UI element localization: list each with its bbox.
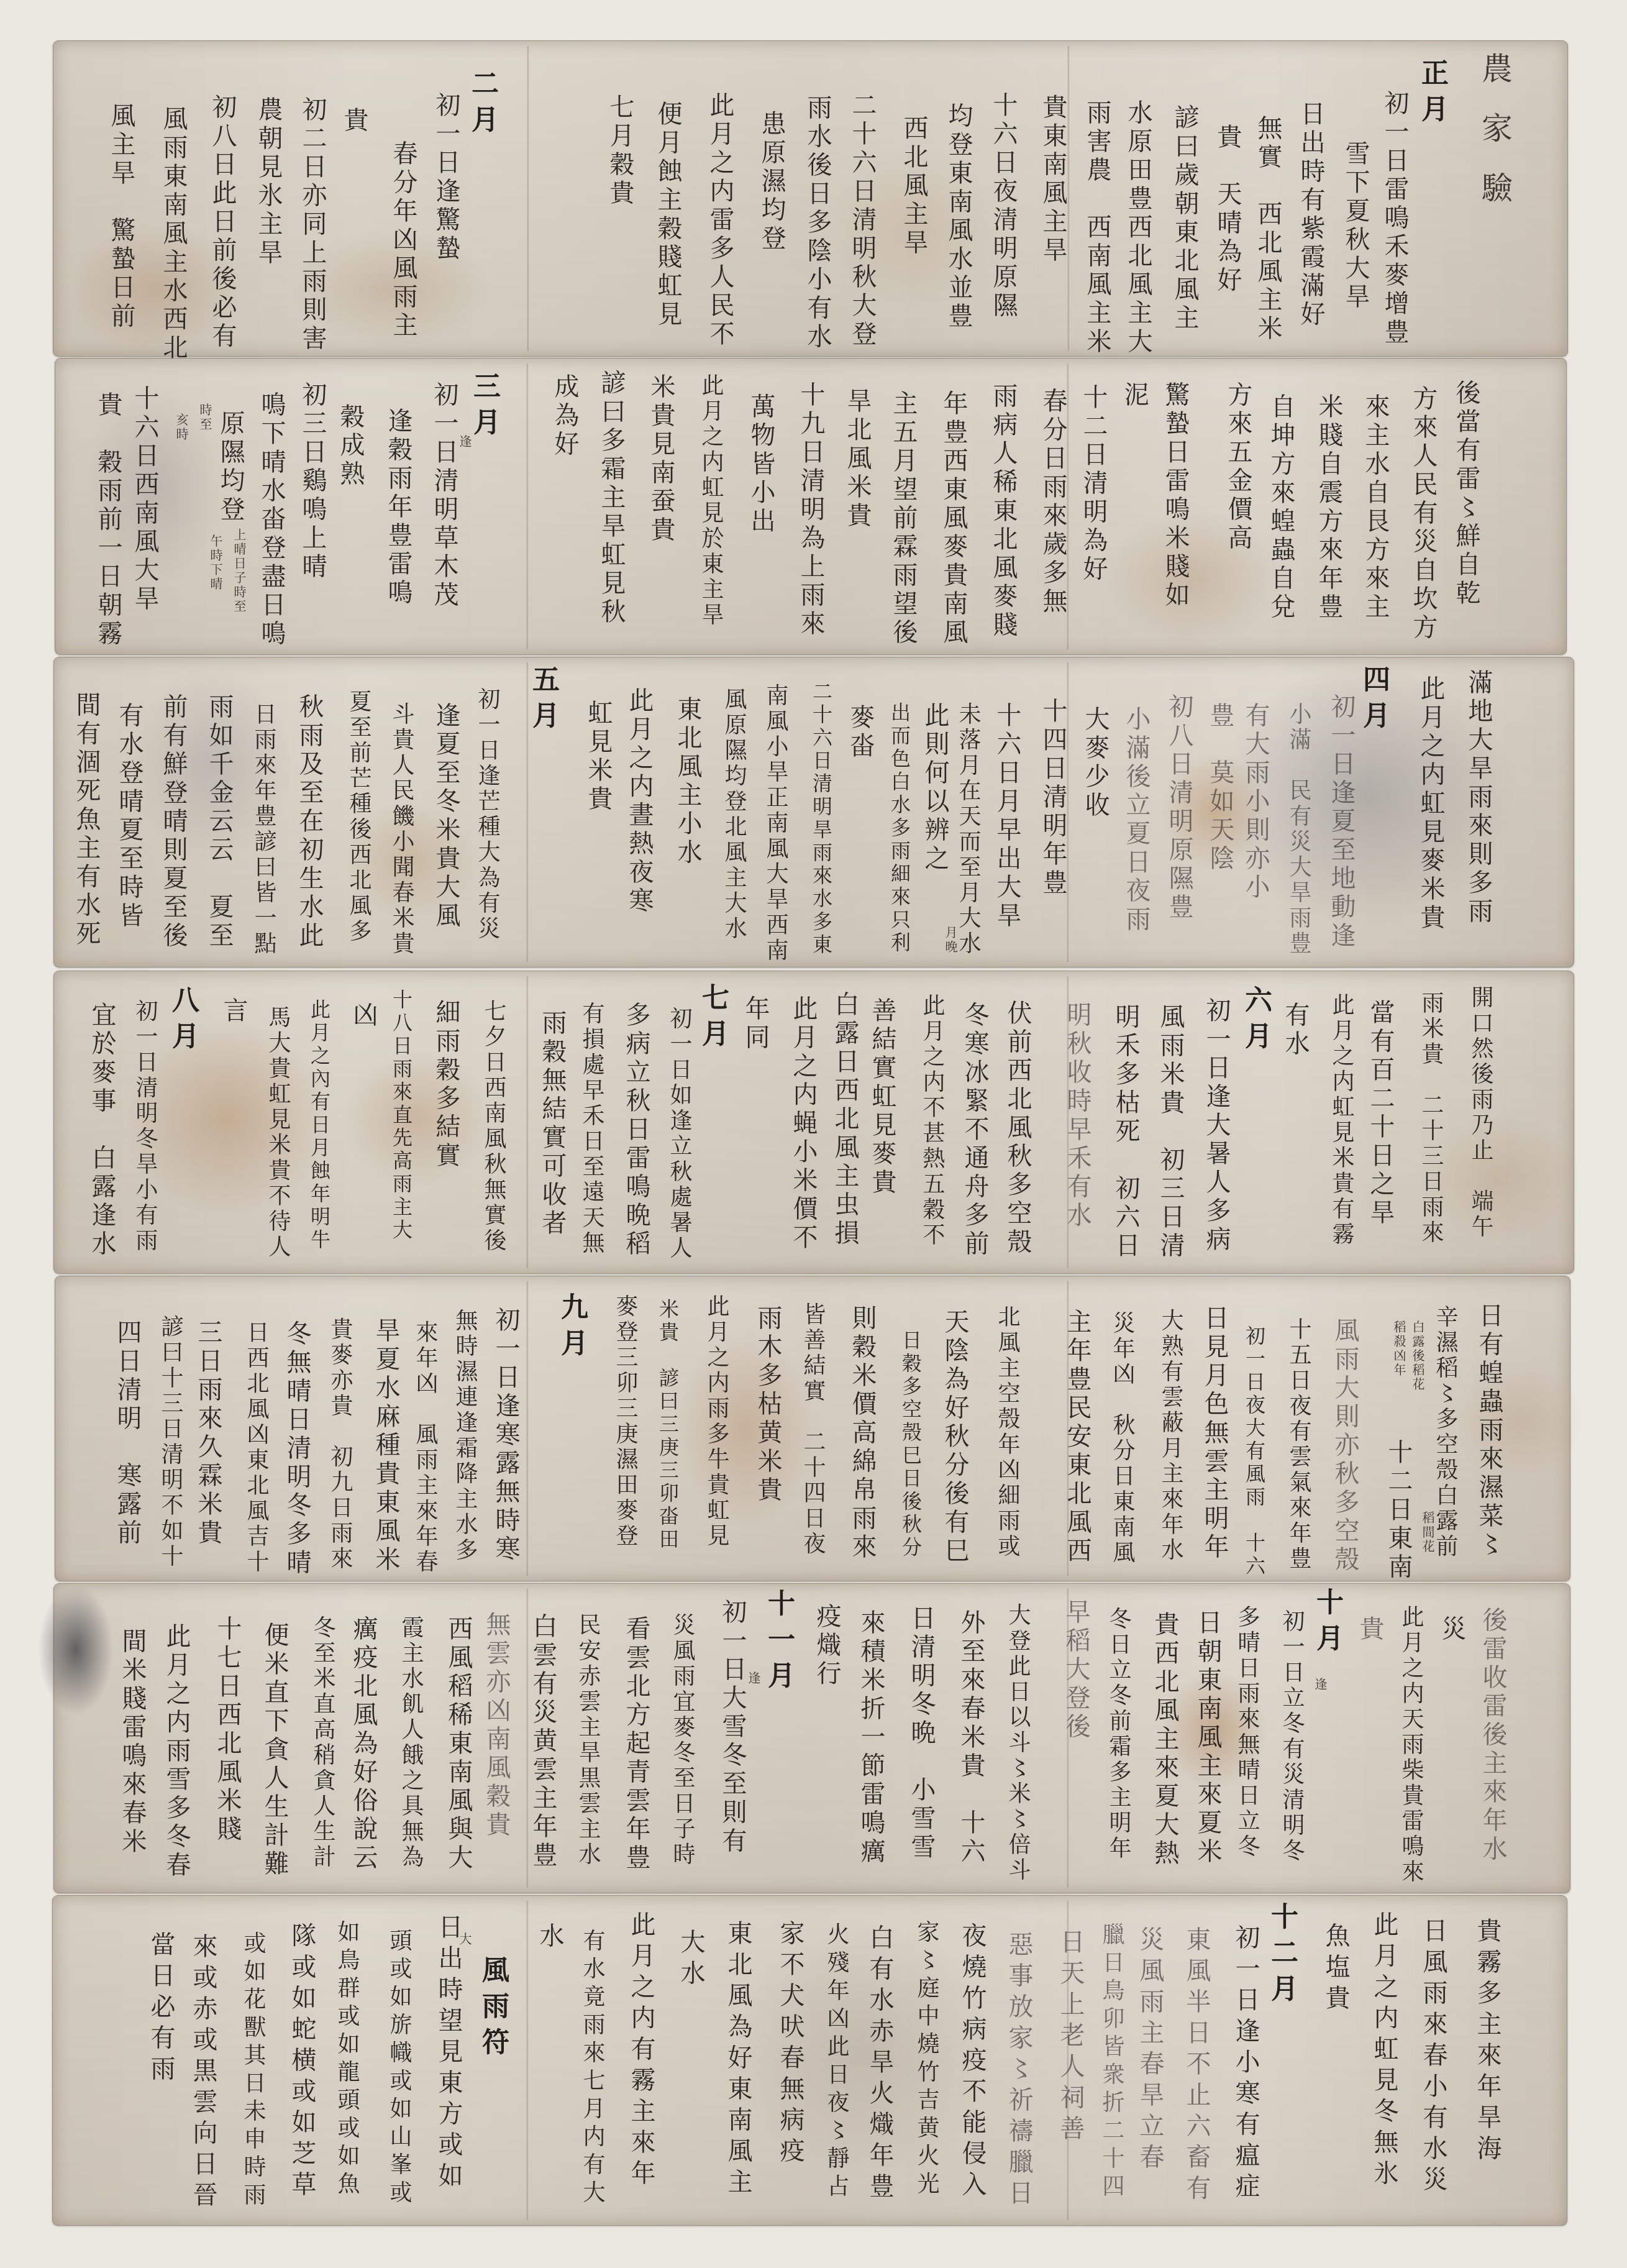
text-column: 災風雨主春旱立春 <box>1137 1926 1162 2175</box>
text-column: 魚塩貴 <box>1323 1923 1348 2016</box>
text-column: 家不犬吠春無病疫 <box>778 1920 803 2169</box>
text-column: 水 <box>537 1923 562 1954</box>
text-column: 日天上老人祠善 <box>1058 1929 1083 2146</box>
text-column: 頭或如旂幟或如山峯或 <box>388 1929 410 2208</box>
month-heading: 十二月 <box>1268 1902 1295 2010</box>
text-column: 隊或如蛇横或如芝草 <box>289 1923 314 2202</box>
text-column: 家〻庭中燒竹吉黄火光 <box>915 1920 937 2200</box>
text-column: 夜燒竹病疫不能侵入 <box>960 1923 985 2202</box>
text-column: 此月之内虹見冬無氷 <box>1372 1911 1397 2191</box>
text-column: 貴霧多主來年旱海 <box>1475 1918 1500 2166</box>
text-column: 如鳥群或如龍頭或如魚 <box>335 1920 358 2200</box>
text-column: 日出時望見東方或如 <box>436 1914 461 2193</box>
annotation: 大 <box>458 1932 471 1947</box>
text-column: 日風雨來春小有水災 <box>1421 1918 1446 2197</box>
text-column: 初一日逢小寒有瘟症 <box>1233 1924 1258 2204</box>
text-column: 大水 <box>678 1929 703 1991</box>
text-column: 當日必有雨 <box>148 1931 173 2087</box>
text-column: 或如花獸其日未申時雨 <box>242 1931 264 2211</box>
text-column: 東風半日不止六畜有 <box>1184 1926 1209 2206</box>
text-column: 惡事放家〻祈禱臘日 <box>1006 1931 1031 2211</box>
text-column: 白有水赤旱火熾年豊 <box>867 1924 892 2204</box>
text-band-7: 貴霧多主來年旱海 日風雨來春小有水災 此月之内虹見冬無氷 魚塩貴 十二月 初一日… <box>0 0 1627 2268</box>
text-column: 有水竟雨來七月内有大 <box>581 1929 603 2208</box>
text-column: 此月之内有霧主來年 <box>629 1911 654 2191</box>
manuscript-page: 農家驗 正月 初一日雷鳴禾麥增豊 雪下夏秋大旱 日出時有紫霞滿好 無實 西北風主… <box>0 0 1627 2268</box>
text-column: 火殘年凶此日夜〻靜占 <box>825 1923 847 2202</box>
section-heading: 風雨符 <box>479 1955 506 2064</box>
text-column: 臘日鳥卯皆衆折二十四 <box>1100 1923 1123 2202</box>
text-column: 東北風為好東南風主 <box>726 1920 750 2200</box>
text-column: 來或赤或黒雲向日晉 <box>191 1933 216 2213</box>
